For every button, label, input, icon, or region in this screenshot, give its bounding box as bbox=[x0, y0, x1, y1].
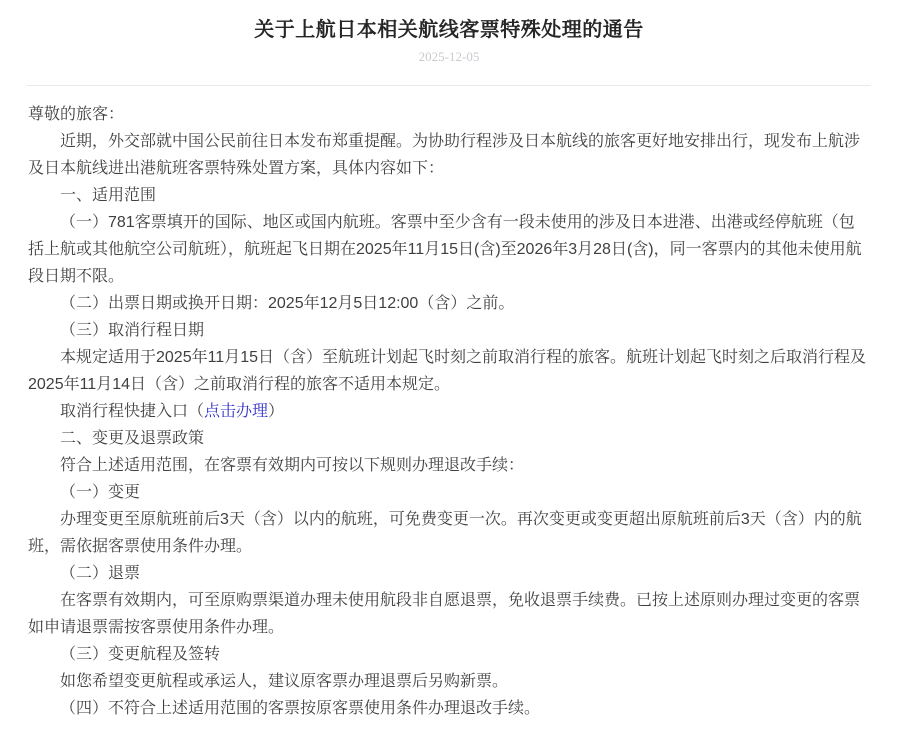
notice-paragraph: 本规定适用于2025年11月15日（含）至航班计划起飞时刻之前取消行程的旅客。航… bbox=[28, 344, 870, 398]
notice-body: 尊敬的旅客： 近期，外交部就中国公民前往日本发布郑重提醒。为协助行程涉及日本航线… bbox=[28, 101, 870, 722]
notice-paragraph: （二）退票 bbox=[28, 560, 870, 587]
notice-paragraph: （三）变更航程及签转 bbox=[28, 641, 870, 668]
notice-paragraph: 在客票有效期内，可至原购票渠道办理未使用航段非自愿退票，免收退票手续费。已按上述… bbox=[28, 587, 870, 641]
notice-paragraph: （一）781客票填开的国际、地区或国内航班。客票中至少含有一段未使用的涉及日本进… bbox=[28, 209, 870, 290]
cancel-entry-suffix: ） bbox=[268, 403, 284, 420]
publish-date: 2025-12-05 bbox=[0, 49, 898, 65]
section-heading-policy: 二、变更及退票政策 bbox=[28, 425, 870, 452]
section-heading-scope: 一、适用范围 bbox=[28, 182, 870, 209]
notice-paragraph: 如您希望变更航程或承运人，建议原客票办理退票后另购新票。 bbox=[28, 668, 870, 695]
page-title: 关于上航日本相关航线客票特殊处理的通告 bbox=[0, 13, 898, 42]
salutation: 尊敬的旅客： bbox=[28, 101, 870, 128]
cancel-entry-line: 取消行程快捷入口（点击办理） bbox=[28, 398, 870, 425]
notice-paragraph: 办理变更至原航班前后3天（含）以内的航班，可免费变更一次。再次变更或变更超出原航… bbox=[28, 506, 870, 560]
notice-header: 关于上航日本相关航线客票特殊处理的通告 2025-12-05 bbox=[0, 0, 898, 65]
notice-paragraph: （三）取消行程日期 bbox=[28, 317, 870, 344]
notice-paragraph: （四）不符合上述适用范围的客票按原客票使用条件办理退改手续。 bbox=[28, 695, 870, 722]
cancel-entry-prefix: 取消行程快捷入口（ bbox=[60, 403, 204, 420]
notice-paragraph: （一）变更 bbox=[28, 479, 870, 506]
notice-page: 关于上航日本相关航线客票特殊处理的通告 2025-12-05 尊敬的旅客： 近期… bbox=[0, 0, 898, 744]
header-divider bbox=[27, 85, 871, 86]
notice-paragraph: （二）出票日期或换开日期：2025年12月5日12:00（含）之前。 bbox=[28, 290, 870, 317]
cancel-trip-link[interactable]: 点击办理 bbox=[204, 403, 268, 420]
notice-paragraph: 符合上述适用范围，在客票有效期内可按以下规则办理退改手续： bbox=[28, 452, 870, 479]
notice-paragraph: 近期，外交部就中国公民前往日本发布郑重提醒。为协助行程涉及日本航线的旅客更好地安… bbox=[28, 128, 870, 182]
